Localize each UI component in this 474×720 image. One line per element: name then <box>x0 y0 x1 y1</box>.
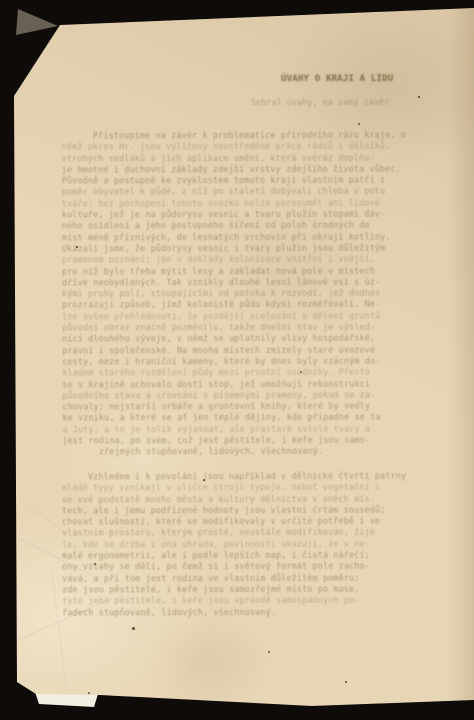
typewritten-line: dříve neobydlených. Tak vznikly dlouhé l… <box>62 277 406 289</box>
typewritten-paragraph-1: Přistoupíme na závěr k problematice přír… <box>62 131 407 460</box>
paper-speck <box>358 123 360 125</box>
typewritten-line: míst méně příznivých, do lesnatých vrcho… <box>62 232 406 244</box>
heading-line-2: Sebral úvahy, na samý závěr <box>251 98 389 108</box>
typewritten-line: poměr obyvatel k půdě, z níž po staletí … <box>62 187 406 199</box>
typewritten-line: chovat slušnosti, které se modifikovaly … <box>62 517 406 529</box>
typewritten-line: prozrazují způsob, jímž kolonisté půdu k… <box>62 300 406 312</box>
typewritten-line: strohých sedláků a jich aplikace umění, … <box>62 153 406 165</box>
typewritten-line: ke vzniku, a které se ať jen teplé dějin… <box>62 413 406 425</box>
typewritten-line: ony vztahy se dělí, po čemž si i světový… <box>62 562 406 574</box>
typewritten-line: kladem starého rozdělení půdy mezi prvot… <box>62 368 406 380</box>
heading-line-1: ÚVAHY O KRAJI A LIDU <box>281 74 393 84</box>
typewritten-line: le, kde se držba i ona úhrada, povinnost… <box>62 539 406 551</box>
typewritten-line: tváře; bez pochopení tohoto svazku nelze… <box>62 198 406 210</box>
typewritten-line: zřejmých stupňovaně, lidových, všechnova… <box>62 447 406 459</box>
paper-speck <box>345 681 347 683</box>
typewritten-line: nicí dlouhého vývoje, v němž se uplatnil… <box>62 334 406 346</box>
typewritten-line: pramenem poznání; jde o doklady kolonisa… <box>62 255 406 267</box>
typewritten-line: ného osídlení a jeho postupného šíření o… <box>62 221 406 233</box>
typewritten-line: řadech stupňovaně, lidových, všechnovaný… <box>62 607 406 619</box>
paper-speck <box>203 479 205 481</box>
typewritten-line: jest rodina, po svém, což jest pěstitele… <box>62 436 406 448</box>
paper-speck <box>300 371 302 373</box>
typewritten-line: kými pruhy polí, stoupajícími od potoka … <box>62 289 406 301</box>
typewritten-line: mladé typy vznikají v uličce strojí typo… <box>62 483 406 495</box>
typewritten-line: původního stavu a srovnání s písemnými p… <box>62 390 406 402</box>
typewritten-line: ve své podstatě mnoho města a kultury dě… <box>62 494 406 506</box>
typewritten-line: původní obraz značně pozměnilo, takže dn… <box>62 323 406 335</box>
typewritten-line: němž okres Hr. jsou vylíčeny soustředěné… <box>62 142 406 154</box>
typewritten-line: vává, a při tom jest rodina ve vlastním … <box>62 573 406 585</box>
typewritten-line: se v krajině uchovalo dosti stop, jež um… <box>62 379 406 391</box>
typewritten-line: zde jsou pěstitelé, i keře jsou samozřej… <box>62 585 406 597</box>
typewritten-line: a Juty, a to je tolik vyjasnat, ale pras… <box>62 424 406 436</box>
paper-speck <box>268 651 270 653</box>
scanner-bed: ÚVAHY O KRAJI A LIDU Sebral úvahy, na sa… <box>0 0 474 720</box>
typewritten-line: právní i společenské. Na mnoha místech z… <box>62 345 406 357</box>
typewritten-line: pro niž bylo třeba mýtit lesy a zakládat… <box>62 266 406 278</box>
scanned-page: ÚVAHY O KRAJI A LIDU Sebral úvahy, na sa… <box>0 0 474 720</box>
typewritten-paragraph-2: Vzhledem i k povolání jsou například v d… <box>62 472 407 620</box>
typewritten-line: tyto jeho pěstitele, i keře jsou vpravdě… <box>62 596 406 608</box>
paper-speck <box>418 96 420 98</box>
paper-speck <box>76 246 78 248</box>
paper-speck <box>132 627 135 630</box>
typewritten-line: lze ovšem přehlédnouti, že pozdější scel… <box>62 311 406 323</box>
paper-speck <box>88 692 90 694</box>
typewritten-line: vlastním prostoru, kterým prostě, neustá… <box>62 528 406 540</box>
paper-speck <box>94 563 96 565</box>
